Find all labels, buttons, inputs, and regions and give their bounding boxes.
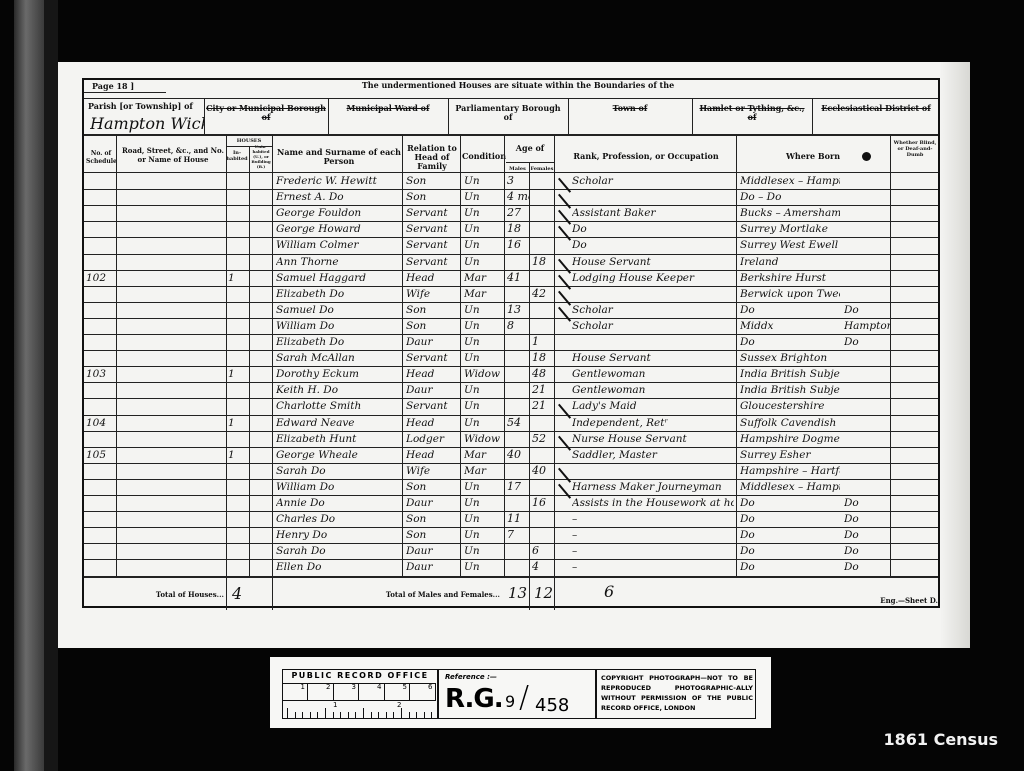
town-label: Town of [570,104,690,113]
cell-schedule [86,558,114,576]
reference-series: 9 [505,692,515,711]
cell-note: Do [844,558,890,576]
col-schedule: No. of Schedule [86,150,116,166]
ruler-bottom-mark: 1 [333,701,337,709]
film-dot-mark [862,152,871,161]
col-line [890,136,891,576]
parish-label: Parish [or Township] of [88,102,198,111]
ruler-tick [302,712,303,718]
total-females: 12 [534,584,553,602]
ruler-tick [416,712,417,718]
city-label: City or Municipal Borough of [206,104,326,122]
ruler-top: 123456 [283,683,436,700]
page-rule [84,92,166,93]
copyright-text: COPYRIGHT PHOTOGRAPH—NOT TO BE REPRODUCE… [601,673,753,713]
col-line [116,136,117,576]
ruler-tick [325,708,326,718]
image-caption: 1861 Census [883,730,998,749]
page-word: Page [92,81,114,91]
cell-name: Ellen Do [276,558,401,576]
tally-mark [558,226,571,241]
ruler-tick [340,712,341,718]
reference-slash: / [519,680,529,715]
divider [568,98,569,134]
ruler-tick [287,708,288,718]
col-line [736,136,737,576]
ruler-tick [409,712,410,718]
cell-condition: Un [464,558,504,576]
cell-relation: Daur [406,558,458,576]
col-age: Age of [506,144,554,153]
col-uninhabited: Unin-habited (U.), or Building (B.) [250,144,272,169]
total-houses-label: Total of Houses... [124,590,224,599]
ruler-mark: 2 [309,683,334,700]
cell-occupation: – [572,558,734,576]
ruler-tick [424,712,425,718]
col-line [504,136,505,576]
census-sheet: The undermentioned Houses are situate wi… [58,62,970,648]
tally-mark [558,259,571,274]
ruler-box: PUBLIC RECORD OFFICE 123456 12 [282,669,438,719]
tally-mark [558,468,571,483]
col-condition: Condition [462,152,504,161]
office-title: PUBLIC RECORD OFFICE [283,671,437,680]
page-number: 18 [116,81,127,91]
footer-code: Eng.—Sheet D. [838,596,938,605]
ecclesiastical-label: Ecclesiastical District of [814,104,938,113]
tally-mark [558,404,571,419]
ruler-bottom: 12 [283,701,436,718]
page-label: Page 18 ] [92,82,134,91]
ruler-tick [378,712,379,718]
divider [812,98,813,134]
tally-mark [558,178,571,193]
tally-mark [558,291,571,306]
total-persons-label: Total of Males and Females... [344,590,500,599]
tally-mark [558,210,571,225]
tally-mark [558,436,571,451]
ruler-tick [431,712,432,718]
ward-label: Municipal Ward of [330,104,446,113]
col-road: Road, Street, &c., and No. or Name of Ho… [118,146,228,164]
total-extra-mark: 6 [604,582,614,601]
col-line [272,136,273,610]
ruler-tick [348,712,349,718]
parliamentary-label: Parliamentary Borough of [450,104,566,122]
col-blind: Whether Blind, or Deaf-and-Dumb [892,140,938,158]
ruler-tick [386,712,387,718]
tally-mark [558,484,571,499]
ruler-tick [295,712,296,718]
divider [204,98,205,134]
reference-piece: 458 [535,695,569,716]
ruler-mark: 6 [411,683,436,700]
ruler-tick [363,708,364,718]
reference-label: Reference :— [445,673,497,681]
ruler-tick [393,712,394,718]
reference-box: Reference :— R.G. 9 / 458 [438,669,596,719]
ruler-mark: 5 [385,683,410,700]
cell-born: Do [740,558,840,576]
col-line [554,136,555,610]
col-line [460,136,461,576]
ruler-mark: 1 [283,683,308,700]
header-rule-2 [84,134,938,136]
reference-prefix: R.G. [445,684,503,714]
col-relation: Relation to Head of Family [404,144,460,171]
totals-rule [84,576,938,578]
col-inhabited: In-habited [226,150,248,162]
cell-female: 4 [532,558,554,576]
ruler-tick [355,712,356,718]
film-spine [14,0,44,771]
parish-value: Hampton Wick [90,114,205,133]
header-rule-1 [84,98,938,99]
ruler-tick [401,708,402,718]
tally-mark [558,275,571,290]
age-subrule [506,162,554,163]
copyright-box: COPYRIGHT PHOTOGRAPH—NOT TO BE REPRODUCE… [596,669,756,719]
cell-male [507,558,529,576]
census-table: Page 18 ] Parish [or Township] of Hampto… [82,78,940,608]
cell-inhabited [228,558,248,576]
total-houses-value: 4 [232,584,242,603]
col-line [226,136,227,610]
divider [328,98,329,134]
ruler-mark: 4 [360,683,385,700]
sheet-shadow [940,62,970,648]
col-name: Name and Surname of each Person [276,148,402,166]
ruler-tick [333,712,334,718]
tally-mark [558,194,571,209]
film-edge [44,0,58,771]
col-occupation: Rank, Profession, or Occupation [556,152,736,161]
ruler-bottom-mark: 2 [397,701,401,709]
col-line [402,136,403,576]
ruler-mark: 3 [334,683,359,700]
tally-mark [558,307,571,322]
ruler-tick [371,712,372,718]
total-males: 13 [508,584,527,602]
record-office-label: PUBLIC RECORD OFFICE 123456 12 Reference… [270,657,771,728]
divider [692,98,693,134]
ruler-tick [317,712,318,718]
hamlet-label: Hamlet or Tything, &c., of [694,104,810,122]
ruler-tick [310,712,311,718]
divider [448,98,449,134]
